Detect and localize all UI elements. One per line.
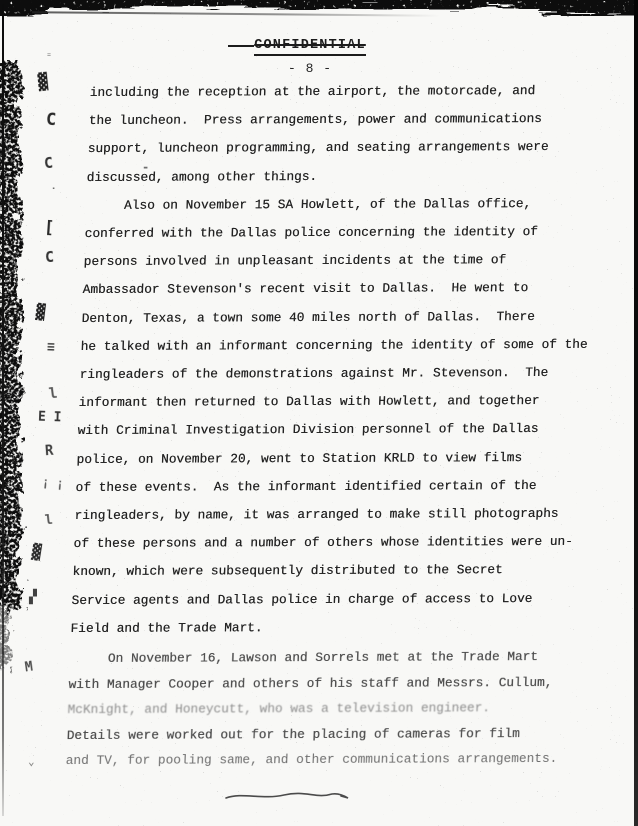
text-line: and TV, for pooling same, and other comm… <box>65 750 557 769</box>
document-text: including the reception at the airport, … <box>64 82 630 804</box>
margin-mark: C <box>45 110 56 131</box>
margin-mark: ⌄ <box>28 755 35 768</box>
margin-mark: R <box>44 443 54 460</box>
text-line: Field and the Trade Mart. <box>70 619 263 637</box>
text-line: Ambassador Stevenson's recent visit to D… <box>82 279 528 298</box>
text-line: police, on November 20, went to Station … <box>76 449 522 468</box>
margin-mark: [ <box>43 218 55 239</box>
text-line: Details were worked out for the placing … <box>66 725 520 744</box>
text-line: with Manager Cooper and others of his st… <box>68 673 553 692</box>
text-line: known, which were subsequently distribut… <box>72 562 503 581</box>
text-line: Also on November 15 SA Howlett, of the D… <box>85 195 531 214</box>
text-line: informant then returned to Dallas with H… <box>78 392 539 411</box>
scan-edge-left <box>0 60 70 680</box>
margin-mark: M <box>24 660 34 676</box>
text-line: ringleaders of the demonstrations agains… <box>79 364 548 383</box>
margin-mark: ⁼ <box>46 52 52 63</box>
text-line: support, luncheon programming, and seati… <box>87 138 548 157</box>
text-line: with Criminal Investigation Division per… <box>77 420 538 439</box>
margin-mark: ▓ <box>35 303 46 322</box>
text-line: conferred with the Dallas police concern… <box>84 223 538 242</box>
margin-mark: C <box>43 154 54 173</box>
margin-mark: ˙ <box>50 186 57 200</box>
margin-mark: ▓ <box>37 72 49 92</box>
underline-squiggle <box>224 788 356 806</box>
text-line: he talked with an informant concerning t… <box>80 336 588 355</box>
classification-text: CONFIDENTIAL <box>254 38 366 56</box>
scan-edge-left-line <box>2 4 4 816</box>
scan-edge-top-line <box>32 11 440 17</box>
margin-mark: ¡ ¡ <box>41 475 64 491</box>
text-line: the luncheon. Press arrangements, power … <box>88 110 542 129</box>
page-number: - 8 - <box>0 61 620 76</box>
text-line: persons involved in unpleasant incidents… <box>83 251 506 270</box>
text-line: discussed, among other things. <box>86 168 317 186</box>
margin-mark: Ε Ι <box>38 410 62 426</box>
margin-mark: C <box>45 248 55 266</box>
margin-mark: - <box>142 160 149 174</box>
text-line: Denton, Texas, a town some 40 miles nort… <box>81 308 535 327</box>
text-line: On November 16, Lawson and Sorrels met a… <box>69 648 538 667</box>
margin-mark: l <box>44 513 53 529</box>
margin-mark: ≡ <box>47 340 55 355</box>
text-line: of these persons and a number of others … <box>73 533 573 552</box>
text-line: including the reception at the airport, … <box>89 82 535 101</box>
text-line: of these events. As the informant identi… <box>75 477 536 496</box>
text-line: McKnight, and Honeycutt, who was a telev… <box>67 699 490 718</box>
text-line: Service agents and Dallas police in char… <box>71 590 532 609</box>
margin-mark: ▞ <box>29 590 37 605</box>
margin-mark: ▓ <box>31 542 43 561</box>
classification-stamp: CONFIDENTIAL <box>0 38 620 56</box>
document-page: CONFIDENTIAL - 8 - including the recepti… <box>0 0 638 826</box>
text-line: ringleaders, by name, it was arranged to… <box>74 505 559 524</box>
scan-edge-right-line <box>634 0 638 826</box>
scan-edge-top <box>0 0 638 32</box>
margin-mark: l <box>48 386 58 403</box>
